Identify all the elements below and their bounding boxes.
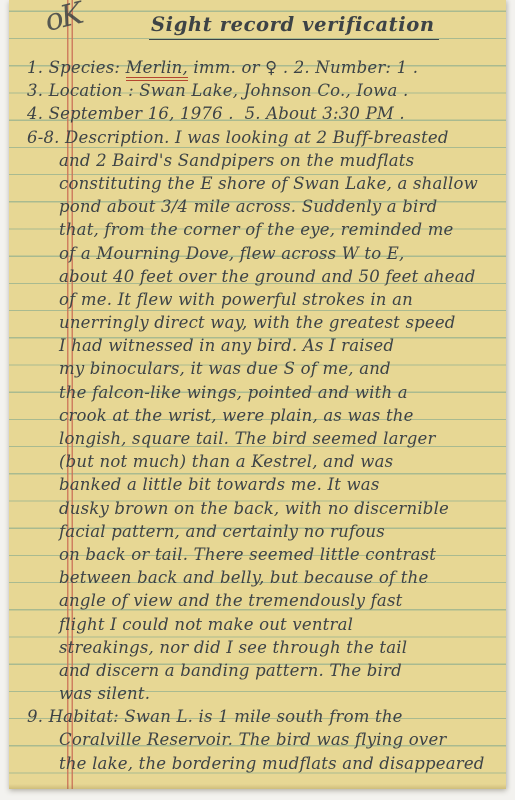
text-segment: the falcon-like wings, pointed and with … [59, 383, 408, 402]
text-segment: 6-8. Description. I was looking at 2 Buf… [27, 128, 449, 147]
text-segment: I had witnessed in any bird. As I raised [59, 336, 394, 355]
handwritten-line: about 40 feet over the ground and 50 fee… [9, 265, 506, 288]
handwritten-line: (but not much) than a Kestrel, and was [9, 450, 506, 473]
text-segment: angle of view and the tremendously fast [59, 591, 402, 610]
text-segment: Coralville Reservoir. The bird was flyin… [59, 730, 447, 749]
text-segment: about 40 feet over the ground and 50 fee… [59, 267, 476, 286]
text-segment: on back or tail. There seemed little con… [59, 545, 436, 564]
text-segment: banked a little bit towards me. It was [59, 475, 380, 494]
handwritten-line: 9. Habitat: Swan L. is 1 mile south from… [9, 705, 506, 728]
handwritten-line: flight I could not make out ventral [9, 613, 506, 636]
reviewer-ok-mark: oK [41, 0, 85, 39]
text-segment: 3. Location : Swan Lake, Johnson Co., Io… [27, 81, 408, 100]
text-segment: was silent. [59, 684, 150, 703]
handwritten-line: 1. Species: Merlin, imm. or ♀ . 2. Numbe… [9, 56, 506, 79]
handwritten-line: longish, square tail. The bird seemed la… [9, 427, 506, 450]
handwritten-line: my binoculars, it was due S of me, and [9, 357, 506, 380]
handwritten-line: was silent. [9, 682, 506, 705]
text-segment: unerringly direct way, with the greatest… [59, 313, 456, 332]
handwritten-line: between back and belly, but because of t… [9, 566, 506, 589]
handwritten-line: streakings, nor did I see through the ta… [9, 636, 506, 659]
handwritten-line: unerringly direct way, with the greatest… [9, 311, 506, 334]
handwritten-line: 6-8. Description. I was looking at 2 Buf… [9, 126, 506, 149]
text-segment: (but not much) than a Kestrel, and was [59, 452, 393, 471]
text-segment: pond about 3/4 mile across. Suddenly a b… [59, 197, 437, 216]
handwritten-line: banked a little bit towards me. It was [9, 473, 506, 496]
text-segment: imm. or ♀ . 2. Number: 1 . [188, 58, 418, 77]
text-segment: 9. Habitat: Swan L. is 1 mile south from… [27, 707, 403, 726]
document-title: Sight record verification [149, 13, 439, 40]
text-segment: constituting the E shore of Swan Lake, a… [59, 174, 478, 193]
handwritten-line: of me. It flew with powerful strokes in … [9, 288, 506, 311]
handwritten-line: pond about 3/4 mile across. Suddenly a b… [9, 195, 506, 218]
red-underlined-text: Merlin, [126, 58, 188, 81]
handwritten-line: the falcon-like wings, pointed and with … [9, 381, 506, 404]
text-segment: 1. Species: [27, 58, 126, 77]
text-segment: the lake, the bordering mudflats and dis… [59, 754, 485, 773]
handwritten-line: and 2 Baird's Sandpipers on the mudflats [9, 149, 506, 172]
text-segment: and 2 Baird's Sandpipers on the mudflats [59, 151, 414, 170]
text-segment: flight I could not make out ventral [59, 615, 353, 634]
text-segment: streakings, nor did I see through the ta… [59, 638, 407, 657]
handwritten-line: on back or tail. There seemed little con… [9, 543, 506, 566]
handwritten-line: of a Mourning Dove, flew across W to E, [9, 242, 506, 265]
text-segment: of me. It flew with powerful strokes in … [59, 290, 413, 309]
text-segment: that, from the corner of the eye, remind… [59, 220, 454, 239]
handwritten-line: dusky brown on the back, with no discern… [9, 497, 506, 520]
handwritten-line: angle of view and the tremendously fast [9, 589, 506, 612]
handwritten-line: 3. Location : Swan Lake, Johnson Co., Io… [9, 79, 506, 102]
handwritten-line: 4. September 16, 1976 . 5. About 3:30 PM… [9, 102, 506, 125]
handwritten-line: crook at the wrist, were plain, as was t… [9, 404, 506, 427]
legal-pad-page: oK Sight record verification 1. Species:… [9, 0, 506, 789]
handwritten-line: the lake, the bordering mudflats and dis… [9, 752, 506, 775]
handwritten-line: facial pattern, and certainly no rufous [9, 520, 506, 543]
text-segment: dusky brown on the back, with no discern… [59, 499, 449, 518]
text-segment: of a Mourning Dove, flew across W to E, [59, 244, 405, 263]
text-segment: facial pattern, and certainly no rufous [59, 522, 385, 541]
text-segment: my binoculars, it was due S of me, and [59, 359, 391, 378]
text-segment: and discern a banding pattern. The bird [59, 661, 402, 680]
handwritten-line: constituting the E shore of Swan Lake, a… [9, 172, 506, 195]
handwritten-line: Coralville Reservoir. The bird was flyin… [9, 728, 506, 751]
text-segment: 4. September 16, 1976 . 5. About 3:30 PM… [27, 104, 405, 123]
handwritten-body: 1. Species: Merlin, imm. or ♀ . 2. Numbe… [9, 56, 506, 775]
text-segment: between back and belly, but because of t… [59, 568, 428, 587]
handwritten-line: and discern a banding pattern. The bird [9, 659, 506, 682]
text-segment: crook at the wrist, were plain, as was t… [59, 406, 414, 425]
text-segment: longish, square tail. The bird seemed la… [59, 429, 436, 448]
handwritten-line: I had witnessed in any bird. As I raised [9, 334, 506, 357]
handwritten-line: that, from the corner of the eye, remind… [9, 218, 506, 241]
scanned-document: oK Sight record verification 1. Species:… [0, 0, 515, 800]
